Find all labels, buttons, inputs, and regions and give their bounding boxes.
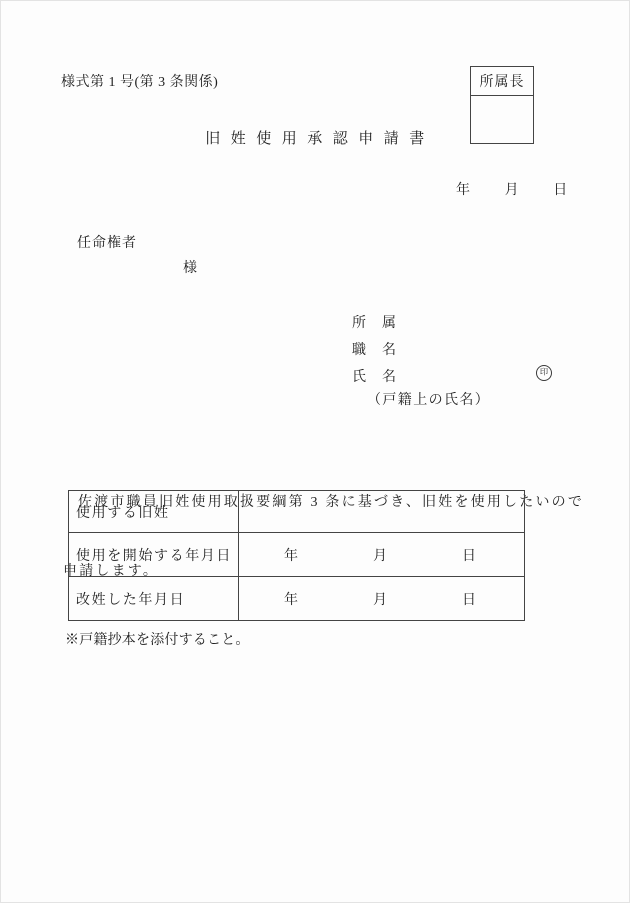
stamp-box-header: 所属長 [471, 67, 533, 96]
addressee-honorific: 様 [183, 257, 197, 277]
table-row-blank-cell [239, 491, 524, 532]
table-row-date-cell: 年 月 日 [239, 577, 524, 620]
footnote: ※戸籍抄本を添付すること。 [65, 629, 250, 649]
day-unit: 日 [462, 545, 476, 565]
table-row-label: 改姓した年月日 [69, 577, 239, 620]
position-label: 職 名 [352, 339, 397, 359]
document-page: 様式第 1 号(第 3 条関係) 所属長 旧姓使用承認申請書 年 月 日 任命権… [0, 0, 630, 903]
table-row-change-date: 改姓した年月日 年 月 日 [69, 576, 524, 620]
date-line: 年 月 日 [456, 179, 569, 199]
month-unit: 月 [373, 545, 387, 565]
affiliation-label: 所 属 [352, 312, 397, 332]
form-number: 様式第 1 号(第 3 条関係) [61, 71, 218, 91]
table-row-start-date: 使用を開始する年月日 年 月 日 [69, 532, 524, 576]
seal-stamp-icon: 印 [536, 365, 552, 381]
seal-character: 印 [540, 369, 548, 377]
name-label: 氏 名 [352, 366, 397, 386]
year-unit: 年 [284, 589, 298, 609]
month-unit: 月 [373, 589, 387, 609]
document-title: 旧姓使用承認申請書 [0, 127, 630, 148]
table-row-former-surname: 使用する旧姓 [69, 491, 524, 532]
addressee-label: 任命権者 [77, 232, 137, 252]
table-row-label: 使用を開始する年月日 [69, 533, 239, 576]
registered-name-note: （戸籍上の氏名） [367, 389, 490, 409]
table-row-label: 使用する旧姓 [69, 491, 239, 532]
table-row-date-cell: 年 月 日 [239, 533, 524, 576]
day-unit: 日 [462, 589, 476, 609]
application-table: 使用する旧姓 使用を開始する年月日 年 月 日 改姓した年月日 年 月 日 [68, 490, 525, 621]
year-unit: 年 [284, 545, 298, 565]
